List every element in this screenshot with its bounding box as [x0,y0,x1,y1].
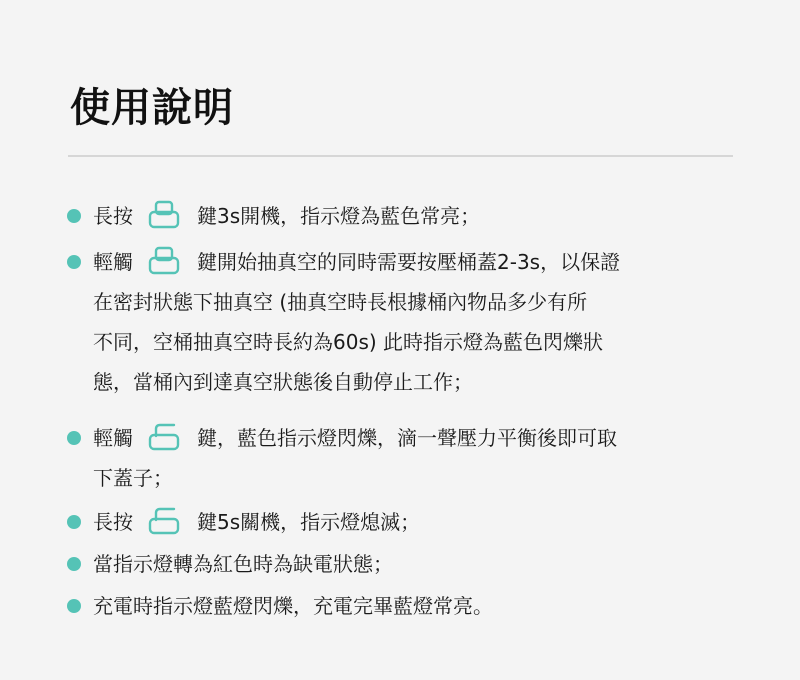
instruction-prefix: 長按 [93,510,133,534]
bullet-icon [67,431,81,445]
closed-lid-key-icon [147,200,181,230]
instruction-line: 當指示燈轉為紅色時為缺電狀態； [93,544,673,584]
open-lid-key-icon [147,506,181,536]
instruction-item-power-on: 長按 鍵3s開機，指示燈為藍色常亮； [93,196,673,236]
bullet-icon [67,599,81,613]
closed-lid-key-icon [147,246,181,276]
instruction-prefix: 輕觸 [93,250,133,274]
instruction-line: 輕觸 鍵開始抽真空的同時需要按壓桶蓋2-3s，以保證 [93,242,673,282]
instruction-item-start-vacuum: 輕觸 鍵開始抽真空的同時需要按壓桶蓋2-3s，以保證 在密封狀態下抽真空 (抽真… [93,242,673,402]
instruction-item-charging: 充電時指示燈藍燈閃爍，充電完畢藍燈常亮。 [93,586,673,626]
bullet-icon [67,255,81,269]
instruction-item-power-off: 長按 鍵5s關機，指示燈熄滅； [93,502,673,542]
title-divider [68,155,733,157]
instruction-text: 鍵5s關機，指示燈熄滅； [197,510,420,534]
bullet-icon [67,515,81,529]
bullet-icon [67,209,81,223]
bullet-icon [67,557,81,571]
instruction-item-release-lid: 輕觸 鍵，藍色指示燈閃爍，滴一聲壓力平衡後即可取 下蓋子； [93,418,673,498]
page-title: 使用說明 [70,84,234,132]
instruction-line: 不同，空桶抽真空時長約為60s) 此時指示燈為藍色閃爍狀 [93,322,673,362]
instruction-line: 長按 鍵5s關機，指示燈熄滅； [93,502,673,542]
instruction-line: 輕觸 鍵，藍色指示燈閃爍，滴一聲壓力平衡後即可取 [93,418,673,458]
instruction-text: 鍵3s開機，指示燈為藍色常亮； [197,204,480,228]
instruction-line: 長按 鍵3s開機，指示燈為藍色常亮； [93,196,673,236]
instruction-line: 態，當桶內到達真空狀態後自動停止工作； [93,362,673,402]
instruction-item-low-battery: 當指示燈轉為紅色時為缺電狀態； [93,544,673,584]
instruction-line: 在密封狀態下抽真空 (抽真空時長根據桶內物品多少有所 [93,282,673,322]
instruction-line: 下蓋子； [93,458,673,498]
open-lid-key-icon [147,422,181,452]
instruction-prefix: 長按 [93,204,133,228]
instruction-line: 充電時指示燈藍燈閃爍，充電完畢藍燈常亮。 [93,586,673,626]
instruction-text: 鍵開始抽真空的同時需要按壓桶蓋2-3s，以保證 [197,250,620,274]
instruction-prefix: 輕觸 [93,426,133,450]
instruction-text: 鍵，藍色指示燈閃爍，滴一聲壓力平衡後即可取 [197,426,617,450]
